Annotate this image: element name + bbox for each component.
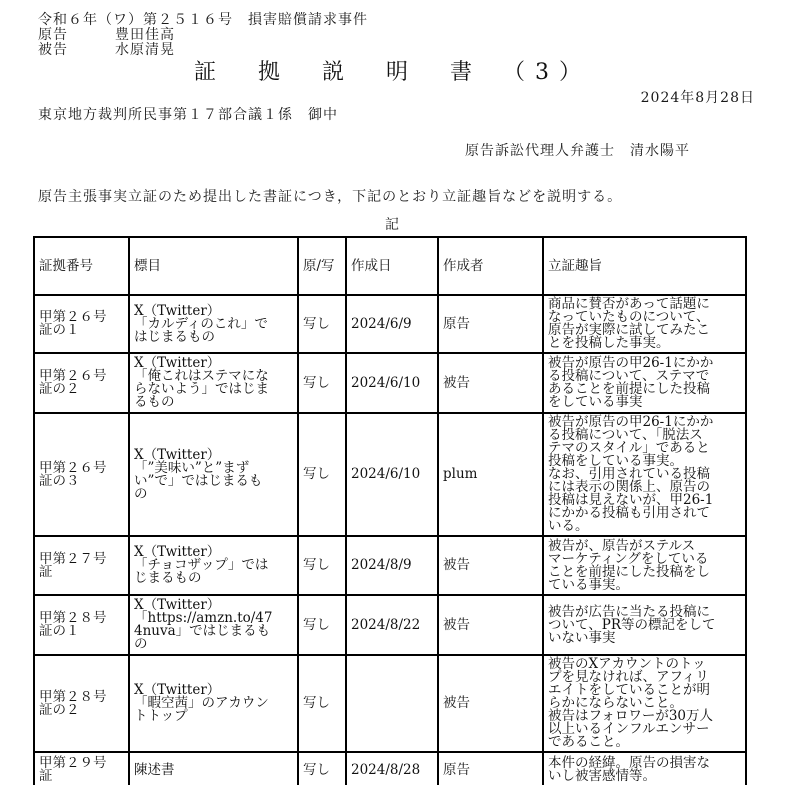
copy-cell: 写し	[298, 353, 346, 413]
title-cell: X（Twitter） 「”美味い”と”まず い”で」ではじまるも の	[129, 413, 298, 536]
table-row: 甲第２６号 証の１ X（Twitter） 「カルディのこれ」で はじまるもの 写…	[34, 295, 746, 353]
purpose-cell: 本件の経緯。原告の損害な いし被害感情等。	[543, 752, 746, 785]
evidence-number-cell: 甲第２８号 証の２	[34, 655, 129, 752]
title-cell: X（Twitter） 「暇空茜」のアカウン トトップ	[129, 655, 298, 752]
table-row: 甲第２６号 証の２ X（Twitter） 「俺これはステマにな らないよう」では…	[34, 353, 746, 413]
ki-marker: 記	[0, 214, 785, 234]
document-date: 2024年8月28日	[641, 87, 755, 107]
copy-cell: 写し	[298, 752, 346, 785]
purpose-cell: 被告のXアカウントのトッ プを見なければ、アフィリ エイトをしていることが明 ら…	[543, 655, 746, 752]
evidence-number-cell: 甲第２６号 証の１	[34, 295, 129, 353]
author-cell: 被告	[438, 655, 543, 752]
date-cell	[346, 655, 438, 752]
copy-cell: 写し	[298, 595, 346, 655]
copy-cell: 写し	[298, 536, 346, 595]
header-evidence-number: 証拠番号	[34, 237, 129, 295]
header-author: 作成者	[438, 237, 543, 295]
purpose-cell: 被告が、原告がステルス マーケティングをしている ことを前提にした投稿をし てい…	[543, 536, 746, 595]
header-original-copy: 原/写	[298, 237, 346, 295]
attorney-signature-line: 原告訴訟代理人弁護士 清水陽平	[465, 140, 690, 160]
evidence-number-cell: 甲第２８号 証の１	[34, 595, 129, 655]
author-cell: 被告	[438, 536, 543, 595]
header-title: 標目	[129, 237, 298, 295]
date-cell: 2024/8/28	[346, 752, 438, 785]
author-cell: plum	[438, 413, 543, 536]
copy-cell: 写し	[298, 655, 346, 752]
evidence-number-cell: 甲第２６号 証の２	[34, 353, 129, 413]
purpose-cell: 商品に賛否があって話題に なっていたものについて、 原告が実際に試してみたこ と…	[543, 295, 746, 353]
date-cell: 2024/8/22	[346, 595, 438, 655]
table-row: 甲第２７号 証 X（Twitter） 「チョコザップ」では じまるもの 写し 2…	[34, 536, 746, 595]
title-cell: X（Twitter） 「俺これはステマにな らないよう」ではじま るもの	[129, 353, 298, 413]
intro-sentence: 原告主張事実立証のため提出した書証につき，下記のとおり立証趣旨などを説明する。	[38, 186, 622, 206]
table-row: 甲第２８号 証の２ X（Twitter） 「暇空茜」のアカウン トトップ 写し …	[34, 655, 746, 752]
evidence-table: 証拠番号 標目 原/写 作成日 作成者 立証趣旨 甲第２６号 証の１ X（Twi…	[33, 236, 747, 785]
table-row: 甲第２９号 証 陳述書 写し 2024/8/28 原告 本件の経緯。原告の損害な…	[34, 752, 746, 785]
title-cell: X（Twitter） 「チョコザップ」では じまるもの	[129, 536, 298, 595]
author-cell: 原告	[438, 752, 543, 785]
evidence-explanation-document: 令和６年（ワ）第２５１６号 損害賠償請求事件 原告 豊田佳高 被告 水原清晃 証…	[0, 0, 785, 785]
date-cell: 2024/6/10	[346, 413, 438, 536]
purpose-cell: 被告が広告に当たる投稿に ついて、PR等の標記をして いない事実	[543, 595, 746, 655]
table-row: 甲第２６号 証の３ X（Twitter） 「”美味い”と”まず い”で」ではじま…	[34, 413, 746, 536]
purpose-cell: 被告が原告の甲26-1にかか る投稿について、ステマで あることを前提にした投稿…	[543, 353, 746, 413]
evidence-number-cell: 甲第２７号 証	[34, 536, 129, 595]
document-title: 証 拠 説 明 書 （3）	[0, 55, 785, 86]
title-cell: X（Twitter） 「カルディのこれ」で はじまるもの	[129, 295, 298, 353]
date-cell: 2024/8/9	[346, 536, 438, 595]
table-header-row: 証拠番号 標目 原/写 作成日 作成者 立証趣旨	[34, 237, 746, 295]
author-cell: 被告	[438, 353, 543, 413]
date-cell: 2024/6/10	[346, 353, 438, 413]
header-creation-date: 作成日	[346, 237, 438, 295]
evidence-number-cell: 甲第２６号 証の３	[34, 413, 129, 536]
evidence-number-cell: 甲第２９号 証	[34, 752, 129, 785]
author-cell: 被告	[438, 595, 543, 655]
copy-cell: 写し	[298, 295, 346, 353]
copy-cell: 写し	[298, 413, 346, 536]
title-cell: X（Twitter） 「https://amzn.to/47 4nuva」ではじ…	[129, 595, 298, 655]
purpose-cell: 被告が原告の甲26-1にかか る投稿について、「脱法ス テマのスタイル」であると…	[543, 413, 746, 536]
title-cell: 陳述書	[129, 752, 298, 785]
header-purpose: 立証趣旨	[543, 237, 746, 295]
author-cell: 原告	[438, 295, 543, 353]
date-cell: 2024/6/9	[346, 295, 438, 353]
court-address-line: 東京地方裁判所民事第１７部合議１係 御中	[38, 104, 338, 124]
table-row: 甲第２８号 証の１ X（Twitter） 「https://amzn.to/47…	[34, 595, 746, 655]
